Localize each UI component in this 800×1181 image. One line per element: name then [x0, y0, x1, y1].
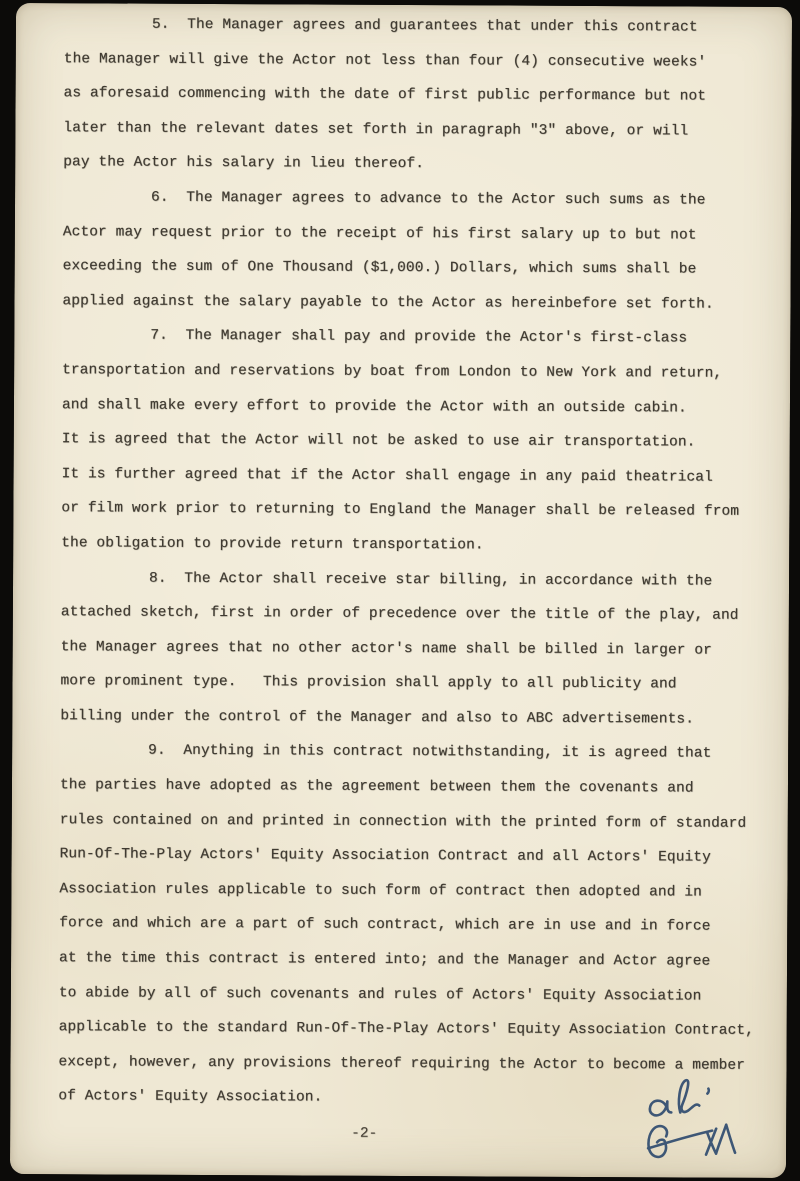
text-line-19: the Manager agrees that no other actor's…: [61, 630, 769, 668]
text-line-30: applicable to the standard Run-Of-The-Pl…: [59, 1010, 767, 1048]
page-number: -2-: [351, 1117, 377, 1152]
text-line-14: It is further agreed that if the Actor s…: [62, 457, 770, 495]
text-line-24: rules contained on and printed in connec…: [60, 803, 768, 841]
text-line-1: 5. The Manager agrees and guarantees tha…: [64, 7, 772, 45]
text-line-15: or film work prior to returning to Engla…: [61, 492, 769, 530]
text-line-8: exceeding the sum of One Thousand ($1,00…: [63, 249, 771, 287]
text-line-21: billing under the control of the Manager…: [60, 699, 768, 737]
text-line-12: and shall make every effort to provide t…: [62, 388, 770, 426]
text-line-10: 7. The Manager shall pay and provide the…: [62, 319, 770, 357]
text-line-2: the Manager will give the Actor not less…: [64, 42, 772, 80]
text-line-13: It is agreed that the Actor will not be …: [62, 422, 770, 460]
text-line-7: Actor may request prior to the receipt o…: [63, 215, 771, 253]
typed-text-block: 5. The Manager agrees and guarantees tha…: [58, 7, 772, 1118]
text-line-4: later than the relevant dates set forth …: [63, 111, 771, 149]
text-line-9: applied against the salary payable to th…: [62, 284, 770, 322]
paper-sheet: 5. The Manager agrees and guarantees tha…: [10, 3, 792, 1178]
text-line-18: attached sketch, first in order of prece…: [61, 595, 769, 633]
text-line-20: more prominent type. This provision shal…: [60, 665, 768, 703]
scanned-page: 5. The Manager agrees and guarantees tha…: [0, 0, 800, 1181]
text-line-26: Association rules applicable to such for…: [59, 872, 767, 910]
initials-ink-strokes: [644, 1072, 773, 1181]
text-line-22: 9. Anything in this contract notwithstan…: [60, 734, 768, 772]
text-line-27: force and which are a part of such contr…: [59, 907, 767, 945]
text-line-16: the obligation to provide return transpo…: [61, 526, 769, 564]
text-line-17: 8. The Actor shall receive star billing,…: [61, 561, 769, 599]
text-line-11: transportation and reservations by boat …: [62, 353, 770, 391]
text-line-5: pay the Actor his salary in lieu thereof…: [63, 146, 771, 184]
text-line-25: Run-Of-The-Play Actors' Equity Associati…: [60, 837, 768, 875]
text-line-6: 6. The Manager agrees to advance to the …: [63, 180, 771, 218]
text-line-23: the parties have adopted as the agreemen…: [60, 768, 768, 806]
handwritten-initials: [644, 1072, 773, 1181]
text-line-29: to abide by all of such covenants and ru…: [59, 976, 767, 1014]
text-line-3: as aforesaid commencing with the date of…: [64, 76, 772, 114]
text-line-28: at the time this contract is entered int…: [59, 941, 767, 979]
